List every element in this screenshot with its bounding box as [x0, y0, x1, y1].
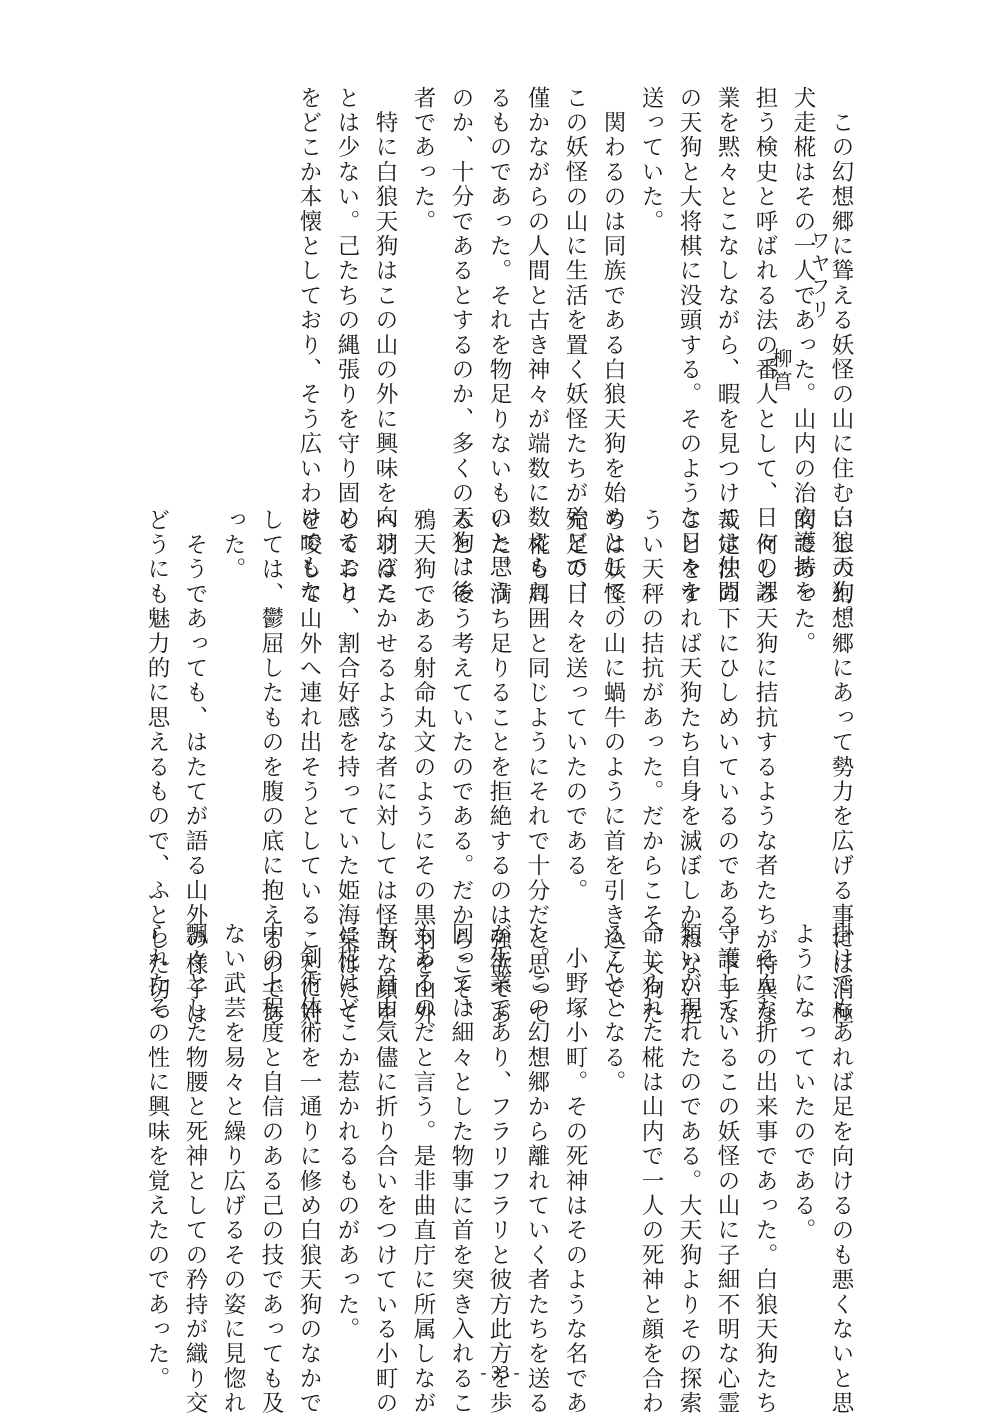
text-column: もあるのだと言う。是非曲直庁に所属しながら	[404, 922, 442, 1322]
text-column: 鴉天狗である射命丸文のようにその黒羽を山外	[404, 508, 442, 908]
text-column: 椛も周囲と同じようにそれで十分だと思って	[518, 508, 556, 908]
text-column: ると、そう考えていたのである。だからこそ、	[442, 508, 480, 908]
text-column: が生業であり、フラリフラリと彼方此方を歩き	[480, 922, 518, 1322]
text-column: 何しろ天狗に拮抗するような者たちが特異な	[746, 508, 784, 908]
text-column: へ羽ばたかせるような者に対しては怪訝な顔を	[366, 508, 404, 908]
text-column: をどこか本懐としており、そう広いわけでもな	[290, 86, 328, 496]
text-column: も、自由気儘に折り合いをつけている小町の姿	[366, 922, 404, 1322]
text-column: しては、鬱屈したものを腹の底に抱えるのであ	[252, 508, 290, 908]
text-column: 小野塚小町。その死神はそのような名であっ	[556, 922, 594, 1322]
text-column: 剣術体術を一通りに修め白狼天狗のなかでも	[290, 922, 328, 1322]
text-column: 関わるのは同族である白狼天狗を始めとして、	[594, 86, 632, 496]
text-column: いこの幻想郷にあって勢力を広げる事には消極	[822, 508, 860, 908]
text-column: 担う検史と呼ばれる法の番人として、日々の課	[746, 86, 784, 496]
text-column: そうであっても、はたてが語る山外の様子は	[176, 508, 214, 908]
text-column: 業を黙々とこなしながら、暇を見つけては仲間	[708, 86, 746, 496]
text-column: た。この幻想郷から離れていく者たちを送るの	[518, 922, 556, 1322]
text-column: 僅かながらの人間と古き神々が端数に数えられ	[518, 86, 556, 496]
text-column: 裁定法の下にひしめいているのである。下手な	[708, 508, 746, 908]
text-band-top: この幻想郷に聳える妖怪の山に住む白狼天狗。犬走椛はその一人であった。山内の治安護…	[150, 86, 860, 496]
text-column: 者であった。	[404, 86, 442, 496]
text-column: のか、十分であるとするのか、多くの天狗は後	[442, 86, 480, 496]
text-column: この妖怪の山に生活を置く妖怪たちが殆どで、	[556, 86, 594, 496]
text-column: ちは妖怪の山に蝸牛のように首を引き込んで、	[594, 508, 632, 908]
text-column: るものであった。それを物足りないものと思う	[480, 86, 518, 496]
text-column: 特に白狼天狗はこの山の外に興味を向けるこ	[366, 86, 404, 496]
text-column: うい天秤の拮抗があった。だからこそ、天狗た	[632, 508, 670, 908]
text-column: そんな折の出来事であった。白狼天狗たちが	[746, 922, 784, 1322]
text-column: この幻想郷に聳える妖怪の山に住む白狼天狗。	[822, 86, 860, 496]
text-column: 送っていた。	[632, 86, 670, 496]
text-column: 飄々とした物腰と死神としての矜持が織り交ぜ	[176, 922, 214, 1322]
text-column: った。	[214, 508, 252, 908]
text-column: 掛けでもあれば足を向けるのも悪くないと思う	[822, 922, 860, 1322]
text-column: 犬走椛はその一人であった。山内の治安護持を	[784, 86, 822, 496]
text-column: ことをすれば天狗たち自身を滅ぼしかねない危	[670, 508, 708, 908]
page-number: - 33 -	[0, 1362, 1000, 1383]
text-column: 命じられた椛は山内で一人の死神と顔を合わせ	[632, 922, 670, 1322]
text-band-middle: いこの幻想郷にあって勢力を広げる事には消極的であった。 何しろ天狗に拮抗するよう…	[150, 508, 860, 908]
text-column: に椛はどこか惹かれるものがあった。	[328, 922, 366, 1322]
text-column: の天狗と大将棋に没頭する。そのような日々を	[670, 86, 708, 496]
text-column: 類いが現れたのである。大天狗よりその探索を	[670, 922, 708, 1322]
text-column: ようになっていたのである。	[784, 922, 822, 1322]
text-column: 充足の日々を送っていたのである。	[556, 508, 594, 908]
text-column: ることとなる。	[594, 922, 632, 1322]
text-column: 的であった。	[784, 508, 822, 908]
text-band-bottom: 掛けでもあれば足を向けるのも悪くないと思うようになっていたのである。 そんな折の…	[150, 922, 860, 1322]
text-column: しており、割合好感を持っていた姫海棠はたて	[328, 508, 366, 908]
text-column: とは少ない。己たちの縄張りを守り固めること	[328, 86, 366, 496]
text-column: を唆して山外へ連れ出そうとしていることに対	[290, 508, 328, 908]
text-column: どうにも魅力的に思えるもので、ふとした切っ	[138, 508, 176, 908]
text-column: 回っては細々とした物事に首を突き入れること	[442, 922, 480, 1322]
text-column: られたその性に興味を覚えたのであった。	[138, 922, 176, 1322]
text-column: 中の上程度と自信のある己の技であっても及ば	[252, 922, 290, 1322]
text-column: 守護しているこの妖怪の山に子細不明な心霊の	[708, 922, 746, 1322]
text-column: ない武芸を易々と繰り広げるその姿に見惚れ、	[214, 922, 252, 1322]
text-column: いた。満ち足りることを拒絶するのは強欲であ	[480, 508, 518, 908]
